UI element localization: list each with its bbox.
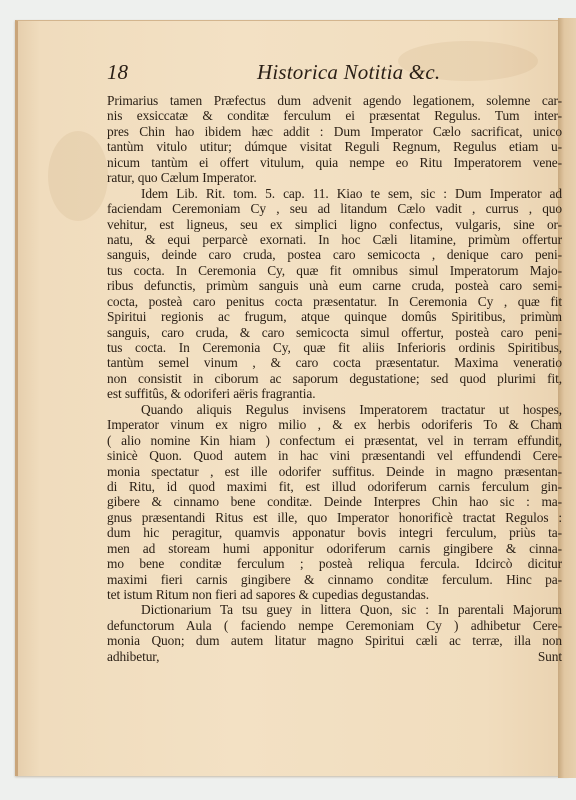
- text-line: sinicè Quon. Quod autem in hac vini præs…: [107, 448, 562, 463]
- text-line: ribus defunctis, primùm sanguis unà eum …: [107, 278, 562, 293]
- text-line: tus cocta. In Ceremonia Cy, quæ fit alii…: [107, 340, 562, 355]
- text-line: pres Chin hao ibidem hæc addit : Dum Imp…: [107, 124, 562, 139]
- text-line: men ad stoream humi apponitur odoriferum…: [107, 541, 562, 556]
- text-line: monia spectatur , est ille odorifer suff…: [107, 464, 562, 479]
- text-line: monia Quon; dum autem litatur magno Spir…: [107, 633, 562, 648]
- paragraph-3: Quando aliquis Regulus invisens Imperato…: [107, 402, 562, 603]
- text-line: gibere & cinnamo bene conditæ. Deinde In…: [107, 494, 562, 509]
- text-line: est suffitûs, & odoriferi aëris fragrant…: [107, 386, 562, 401]
- text-line: non consistit in ciborum ac saporum degu…: [107, 371, 562, 386]
- text-line: dum hic peragitur, quamvis apponatur bov…: [107, 525, 562, 540]
- text-line: di Ritu, id quod maximi fit, est illud o…: [107, 479, 562, 494]
- text-line: sanguis, caro cruda, & caro semicocta si…: [107, 325, 562, 340]
- text-line: nis exsiccatæ & conditæ ferculum ei præs…: [107, 108, 562, 123]
- paragraph-1: Primarius tamen Præfectus dum advenit ag…: [107, 93, 562, 186]
- text-line: Spiritui regionis ac frugum, atque quinq…: [107, 309, 562, 324]
- page-header: 18 Historica Notitia &c.: [107, 60, 547, 86]
- paper-stain: [48, 131, 108, 221]
- text-line: Imperator vinum ex nigro milio , & ex he…: [107, 417, 562, 432]
- page-body: Primarius tamen Præfectus dum advenit ag…: [107, 93, 562, 664]
- text-line: tantùm semel vinum , & caro cocta præsen…: [107, 355, 562, 370]
- text-line: Quando aliquis Regulus invisens Imperato…: [107, 402, 562, 417]
- text-line: gnus præsentandi Ritus est ille, quo Imp…: [107, 510, 562, 525]
- text-line: tus cocta. In Ceremonia Cy, quæ fit omni…: [107, 263, 562, 278]
- text-line: natu, & equi perparcè exornati. In hoc C…: [107, 232, 562, 247]
- text-line: vehitur, est ligneus, seu ex simplici li…: [107, 217, 562, 232]
- text-line: Dictionarium Ta tsu guey in littera Quon…: [107, 602, 562, 617]
- running-title: Historica Notitia &c.: [257, 60, 440, 85]
- text-line: tantùm vitulo utitur; dúmque visitat Reg…: [107, 139, 562, 154]
- text-line: nicum tantùm ei offert vitulum, quia nem…: [107, 155, 562, 170]
- text-line: Primarius tamen Præfectus dum advenit ag…: [107, 93, 562, 108]
- text-line: maximi fieri carnis gingibere & cinnamo …: [107, 572, 562, 587]
- paragraph-2: Idem Lib. Rit. tom. 5. cap. 11. Kiao te …: [107, 186, 562, 402]
- text-line: cocta, posteà caro penitus cocta præsent…: [107, 294, 562, 309]
- text-line: tet istum Ritum non fieri ad sapores & c…: [107, 587, 562, 602]
- page-number: 18: [107, 60, 128, 85]
- text-line: mo bene conditæ ferculum ; posteà reliqu…: [107, 556, 562, 571]
- text-line: Idem Lib. Rit. tom. 5. cap. 11. Kiao te …: [107, 186, 562, 201]
- text-line: adhibetur,: [107, 649, 562, 664]
- text-line: defunctorum Aula ( faciendo nempe Ceremo…: [107, 618, 562, 633]
- text-line: ( alio nomine Kin hiam ) confectum ei pr…: [107, 433, 562, 448]
- paragraph-4: Dictionarium Ta tsu guey in littera Quon…: [107, 602, 562, 664]
- text-line: faciendam Ceremoniam Cy , seu ad litandu…: [107, 201, 562, 216]
- text-line: ratur, quo Cælum Imperator.: [107, 170, 562, 185]
- text-line: sanguis, deinde caro cruda, postea caro …: [107, 247, 562, 262]
